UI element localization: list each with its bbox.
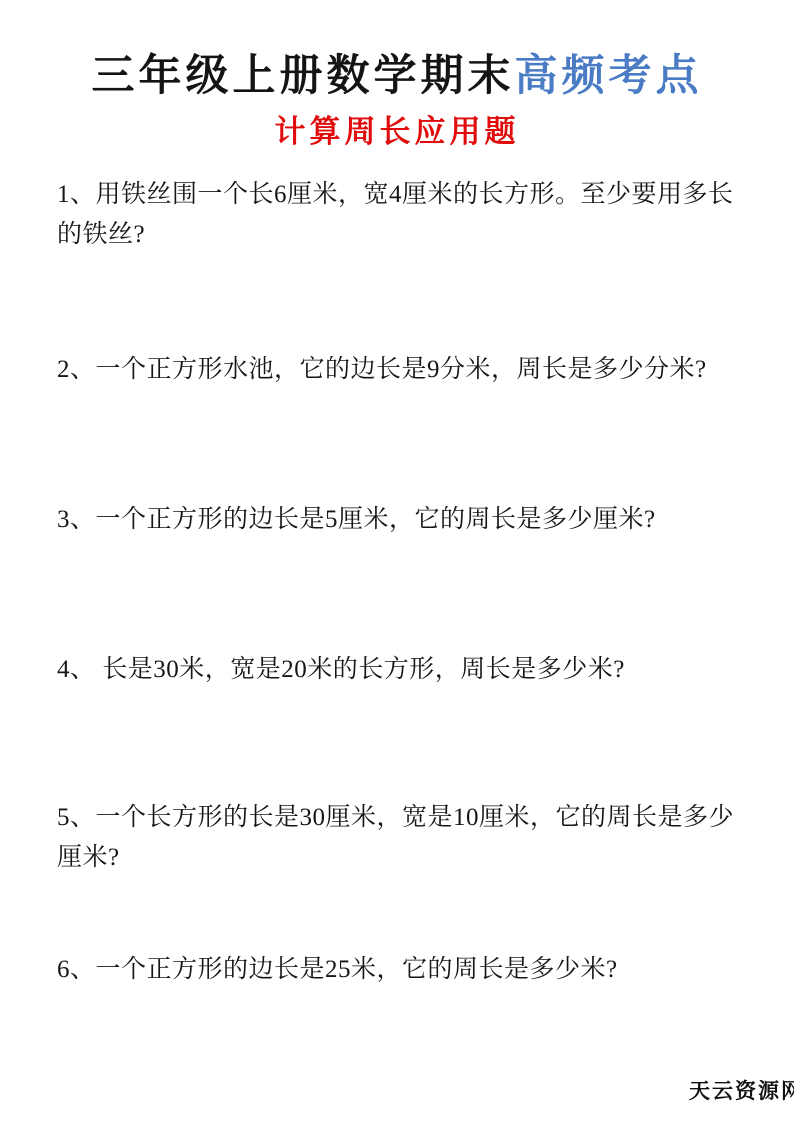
worksheet-page: 三年级上册数学期末高频考点 计算周长应用题 1、用铁丝围一个长6厘米，宽4厘米的… [0, 0, 794, 1122]
watermark-text: 天云资源网 [689, 1075, 794, 1105]
question-5: 5、一个长方形的长是30厘米，宽是10厘米，它的周长是多少厘米? [57, 798, 747, 878]
question-6: 6、一个正方形的边长是25米，它的周长是多少米? [57, 950, 747, 990]
page-title-blue-part: 高频考点 [515, 53, 703, 100]
question-4: 4、 长是30米，宽是20米的长方形，周长是多少米? [57, 650, 747, 690]
page-title: 三年级上册数学期末高频考点 [0, 42, 794, 103]
question-2: 2、一个正方形水池，它的边长是9分米，周长是多少分米? [57, 350, 747, 390]
question-1: 1、用铁丝围一个长6厘米，宽4厘米的长方形。至少要用多长的铁丝? [57, 175, 747, 255]
page-title-black-part: 三年级上册数学期末 [92, 53, 515, 100]
question-3: 3、一个正方形的边长是5厘米，它的周长是多少厘米? [57, 500, 747, 540]
page-subtitle: 计算周长应用题 [0, 106, 794, 151]
